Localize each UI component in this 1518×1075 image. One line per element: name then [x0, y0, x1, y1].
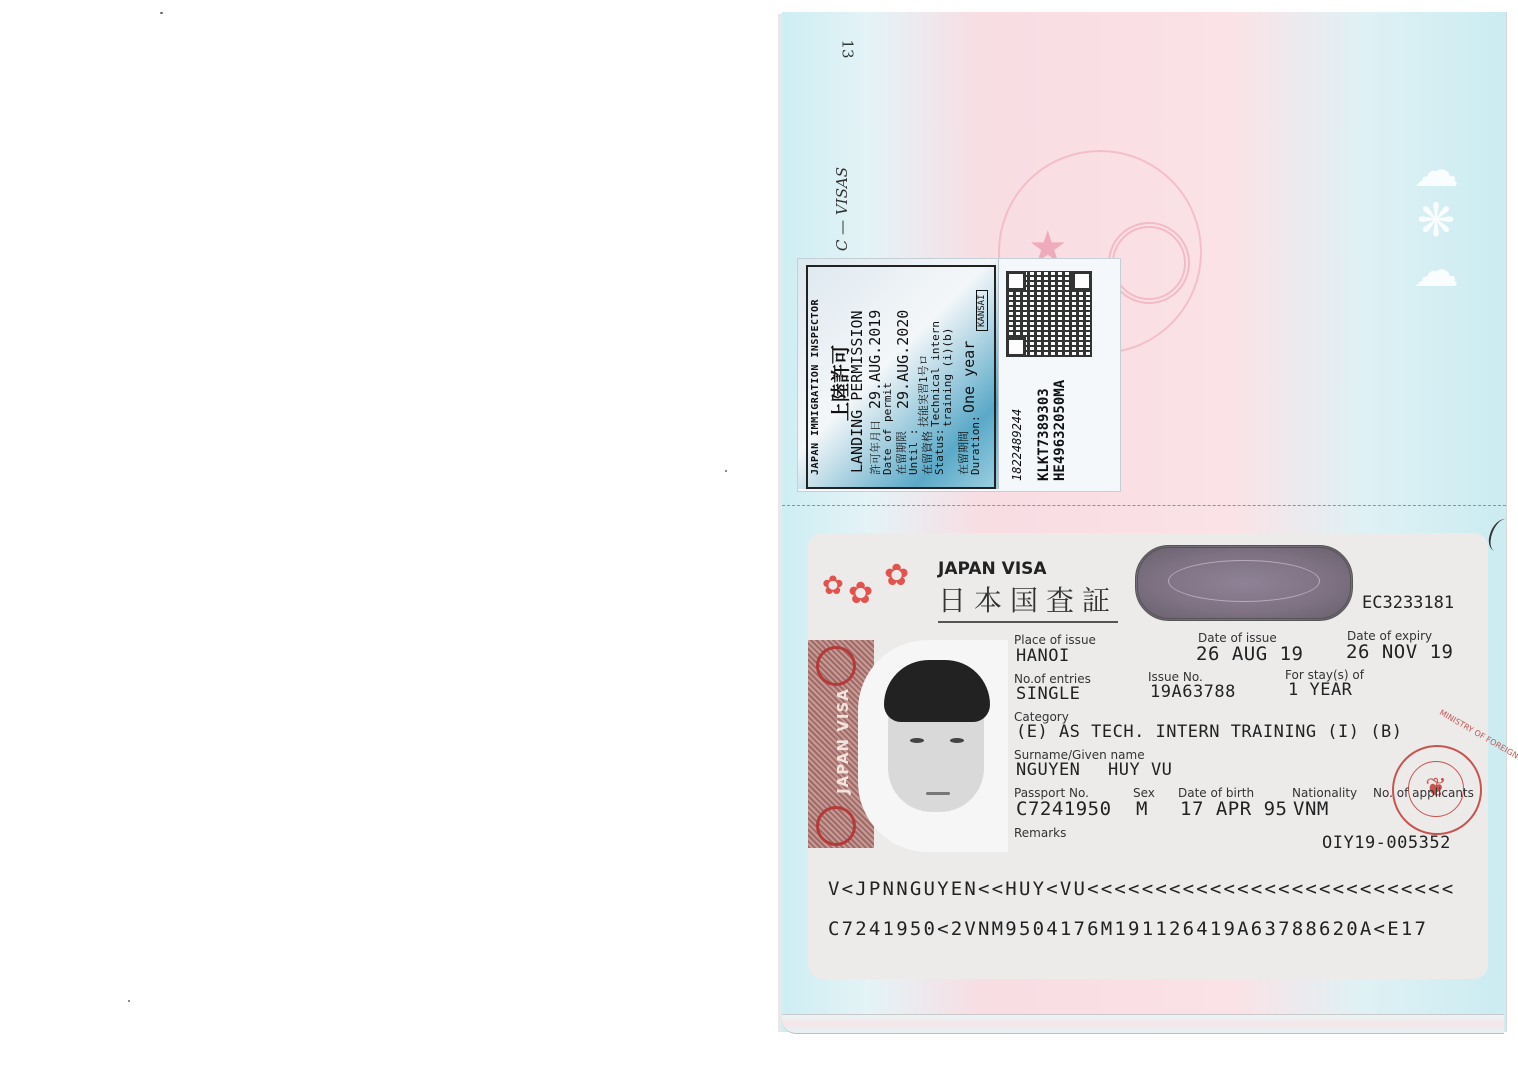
landing-permission-sticker: JAPAN IMMIGRATION INSPECTOR 上陸許可 LANDING…	[797, 258, 1121, 492]
page-number: 13	[839, 39, 857, 58]
entries: SINGLE	[1016, 684, 1080, 704]
surname: NGUYEN	[1016, 760, 1080, 780]
control-number: OIY19-005352	[1322, 833, 1451, 853]
mouth	[926, 792, 950, 795]
stay: 1 YEAR	[1288, 680, 1352, 700]
place-of-issue-label: Place of issue	[1014, 633, 1096, 647]
photo-band-label: JAPAN VISA	[834, 666, 852, 816]
remarks-label: Remarks	[1014, 826, 1066, 840]
sex: M	[1136, 798, 1148, 820]
cloud-ornament-watermark: ☁❋☁	[1405, 145, 1467, 355]
eye	[910, 738, 924, 743]
passport-no: C7241950	[1016, 798, 1112, 820]
until-label: Until :	[908, 429, 919, 475]
mrz-line-2: C7241950<2VNM9504176M191126419A63788620A…	[828, 918, 1428, 940]
until-date: 29.AUG.2020	[894, 310, 912, 409]
page-fold-line	[782, 505, 1506, 510]
cherry-blossom-icon: ✿	[848, 579, 873, 609]
qr-code	[1006, 271, 1092, 357]
status-line1: Technical intern	[930, 321, 941, 427]
status-line2: training (i)(b)	[942, 328, 953, 427]
permit-date: 29.AUG.2019	[866, 310, 884, 409]
permit-date-label-jp: 許可年月日	[870, 420, 881, 475]
immigration-authority: JAPAN IMMIGRATION INSPECTOR	[810, 299, 821, 475]
hair	[884, 660, 990, 722]
cherry-blossom-icon: ✿	[884, 561, 909, 591]
status-label-jp: 在留資格	[922, 431, 933, 475]
sticker-serial: 1822489244	[1010, 409, 1024, 481]
status-label: Status:	[934, 429, 945, 475]
category: (E) AS TECH. INTERN TRAINING (I) (B)	[1016, 722, 1402, 742]
japan-visa-sticker: ✿ ✿ ✿ JAPAN VISA 日本国査証 EC3233181 JAPAN V…	[808, 533, 1488, 979]
sticker-artwork: JAPAN IMMIGRATION INSPECTOR 上陸許可 LANDING…	[798, 259, 999, 489]
status-jp: 技能実習1号ロ	[918, 354, 929, 427]
issue-no: 19A63788	[1150, 682, 1236, 702]
section-label: C — VISAS	[833, 167, 851, 251]
mrz-line-1: V<JPNNGUYEN<<HUY<VU<<<<<<<<<<<<<<<<<<<<<…	[828, 878, 1455, 900]
visa-header-jp: 日本国査証	[938, 579, 1118, 623]
eye	[950, 738, 964, 743]
date-of-expiry: 26 NOV 19	[1346, 641, 1453, 663]
guilloche-security-pattern	[1135, 545, 1353, 621]
duration-label: Duration:	[970, 415, 981, 475]
given-name: HUY VU	[1108, 760, 1172, 780]
scan-speck	[725, 470, 727, 472]
cherry-blossom-icon: ✿	[822, 571, 844, 601]
scan-speck	[160, 12, 163, 14]
nationality: VNM	[1293, 798, 1329, 820]
date-of-issue: 26 AUG 19	[1196, 643, 1303, 665]
duration-value: One year	[960, 341, 978, 413]
sticker-code-2: HE49632050MA	[1052, 380, 1068, 481]
applicants-label: No. of applicants	[1373, 786, 1474, 800]
until-label-jp: 在留期限	[896, 431, 907, 475]
visa-number: EC3233181	[1362, 593, 1454, 613]
dob: 17 APR 95	[1180, 798, 1287, 820]
scan-speck	[128, 1000, 130, 1002]
visa-header: JAPAN VISA	[938, 559, 1047, 579]
landing-title-en: LANDING PERMISSION	[848, 310, 866, 473]
duration-label-jp: 在留期間	[958, 431, 969, 475]
place-of-issue: HANOI	[1016, 646, 1070, 666]
port-of-entry: KANSAI	[976, 290, 988, 331]
sticker-code-1: KLKT7389303	[1036, 388, 1052, 481]
holder-photo	[858, 640, 1008, 852]
sticker-text-block: JAPAN IMMIGRATION INSPECTOR 上陸許可 LANDING…	[808, 261, 994, 481]
passport-page-bottom-edge	[782, 1014, 1504, 1034]
